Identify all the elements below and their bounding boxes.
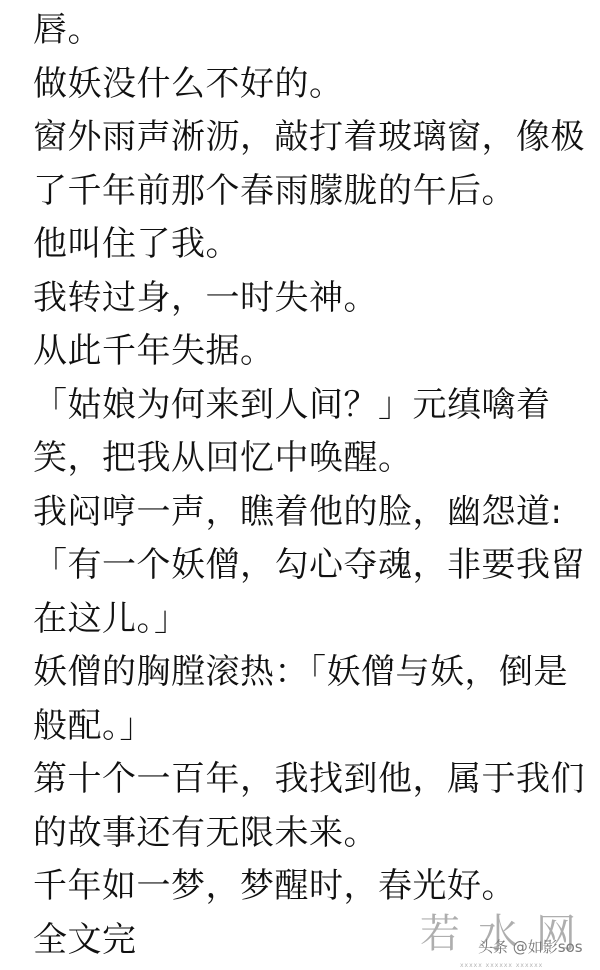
text-line: 在这儿。」 bbox=[33, 593, 593, 647]
watermark-subtext: xxxxx xxxxxx xxxxxx bbox=[460, 962, 543, 969]
watermark: 若水网 头条 @如影sos xxxxx xxxxxx xxxxxx bbox=[420, 912, 600, 970]
text-line: 了千年前那个春雨朦胧的午后。 bbox=[33, 165, 593, 219]
text-line: 第十个一百年，我找到他，属于我们 bbox=[33, 753, 593, 807]
text-line: 从此千年失据。 bbox=[33, 325, 593, 379]
text-line: 他叫住了我。 bbox=[33, 218, 593, 272]
text-line: 般配。」 bbox=[33, 700, 593, 754]
text-line: 的故事还有无限未来。 bbox=[33, 807, 593, 861]
text-line: 我转过身，一时失神。 bbox=[33, 272, 593, 326]
article-body: 唇。 做妖没什么不好的。 窗外雨声淅沥，敲打着玻璃窗，像极 了千年前那个春雨朦胧… bbox=[33, 4, 593, 967]
text-line: 笑，把我从回忆中唤醒。 bbox=[33, 432, 593, 486]
text-line: 「姑娘为何来到人间？」元缜噙着 bbox=[33, 379, 593, 433]
text-line: 千年如一梦，梦醒时，春光好。 bbox=[33, 860, 593, 914]
text-line: 唇。 bbox=[33, 4, 593, 58]
text-line: 「有一个妖僧，勾心夺魂，非要我留 bbox=[33, 539, 593, 593]
watermark-source: 头条 @如影sos bbox=[478, 936, 583, 957]
text-line: 做妖没什么不好的。 bbox=[33, 58, 593, 112]
text-line: 我闷哼一声，瞧着他的脸，幽怨道: bbox=[33, 486, 593, 540]
text-line: 妖僧的胸膛滚热：「妖僧与妖，倒是 bbox=[33, 646, 593, 700]
text-line: 窗外雨声淅沥，敲打着玻璃窗，像极 bbox=[33, 111, 593, 165]
